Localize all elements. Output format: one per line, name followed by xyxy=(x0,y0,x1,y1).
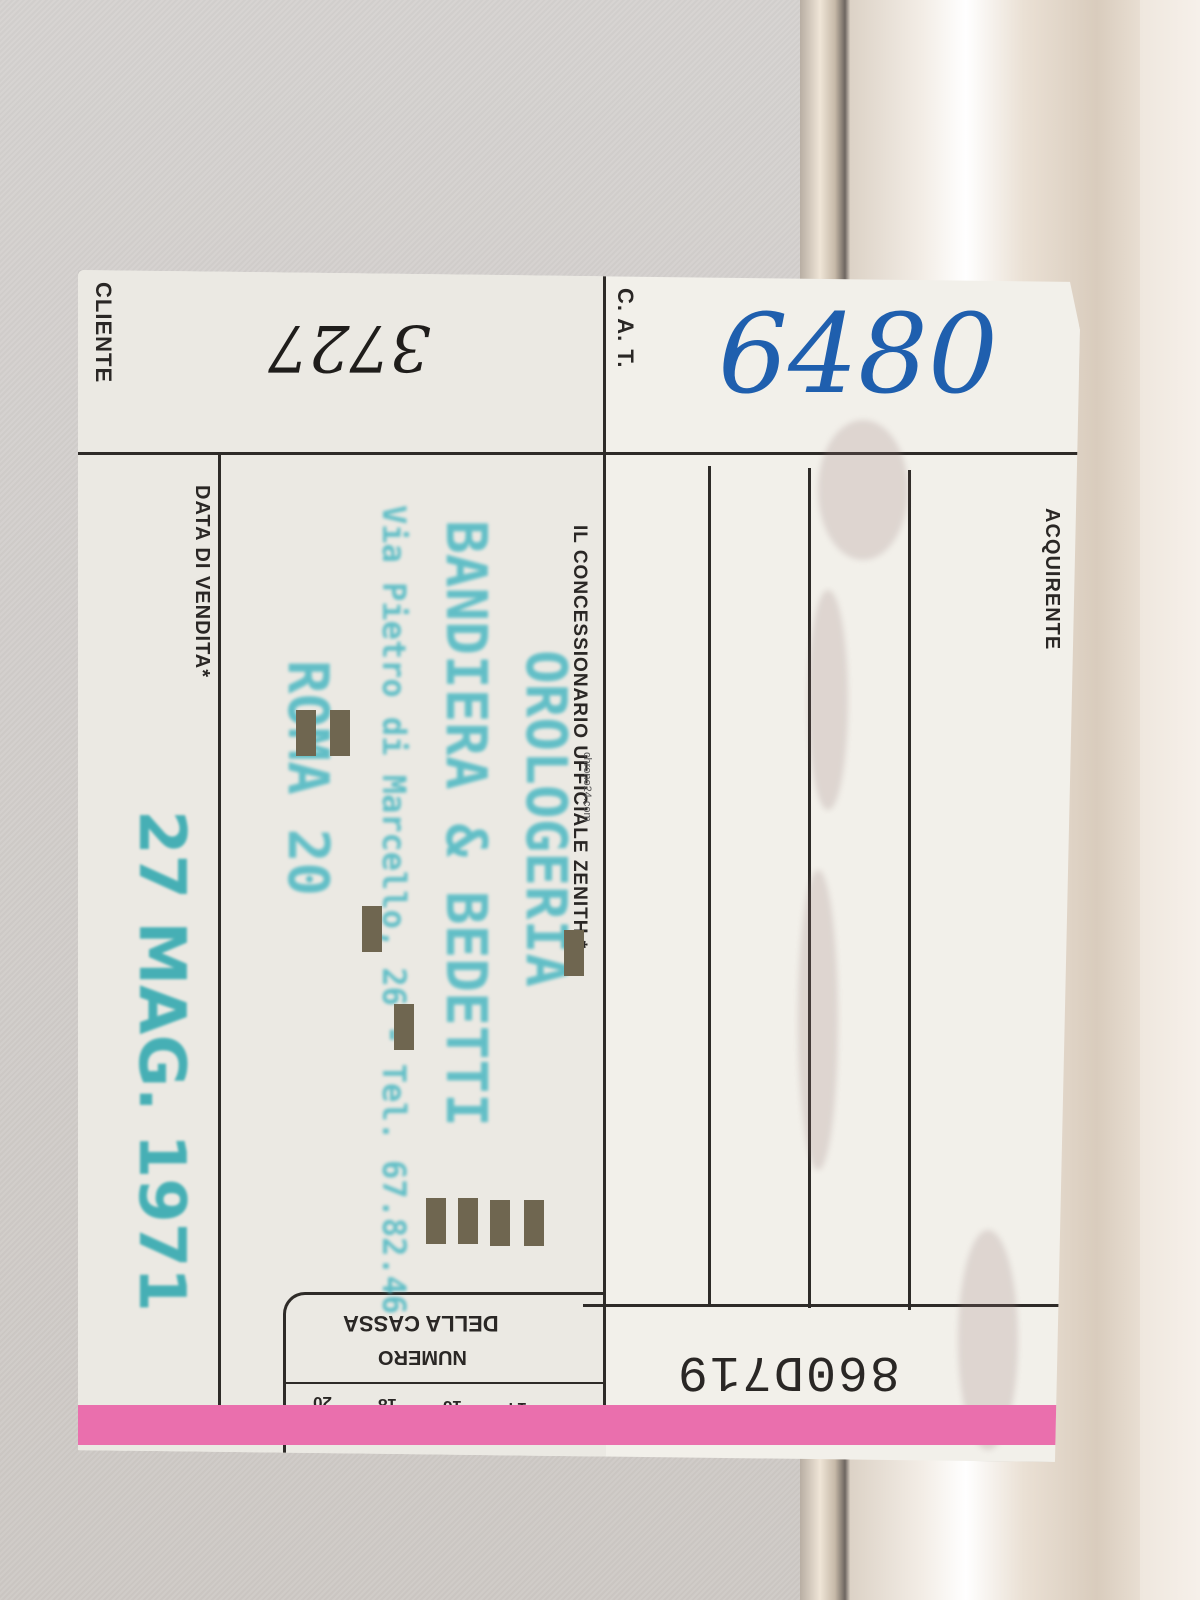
serial-number: 860D719 xyxy=(676,1342,900,1399)
satin-lining-right xyxy=(1140,0,1200,1600)
redaction xyxy=(330,710,350,756)
redaction xyxy=(394,1004,414,1050)
dealer-stamp-line4: ROMA 20 xyxy=(275,660,340,896)
divider-col1 xyxy=(708,466,711,1306)
acquirente-label: ACQUIRENTE xyxy=(1040,508,1063,650)
redaction xyxy=(296,710,316,756)
redaction xyxy=(564,930,584,976)
cassa-scale-line xyxy=(283,1382,603,1384)
stain xyxy=(818,420,908,560)
stain xyxy=(808,590,848,810)
pink-stripe xyxy=(78,1405,1080,1445)
numero-cassa-label-line2: DELLA CASSA xyxy=(343,1310,499,1336)
sale-date-stamp: 27 MAG. 1971 xyxy=(124,810,198,1312)
divider-stub xyxy=(603,270,606,1440)
cliente-label: CLIENTE xyxy=(90,282,116,383)
stain xyxy=(798,870,838,1170)
redaction xyxy=(524,1200,544,1246)
redaction xyxy=(458,1198,478,1244)
warranty-ticket: CLIENTE 3727 DATA DI VENDITA* 27 MAG. 19… xyxy=(78,270,1080,1462)
data-vendita-label: DATA DI VENDITA* xyxy=(190,485,213,678)
cat-number: 6480 xyxy=(718,290,998,418)
redaction xyxy=(490,1200,510,1246)
divider-horizontal-top xyxy=(78,452,1080,455)
dealer-stamp-line2: BANDIERA & BEDETTI xyxy=(433,520,498,1127)
divider-date-column xyxy=(218,454,221,1444)
redaction xyxy=(426,1198,446,1244)
cliente-number: 3727 xyxy=(268,310,431,384)
redaction xyxy=(362,906,382,952)
cat-label: C. A. T. xyxy=(612,288,638,369)
numero-cassa-label-line1: NUMERO xyxy=(378,1345,467,1368)
divider-col3 xyxy=(908,470,911,1310)
watermark: chrono24.com xyxy=(581,752,593,822)
